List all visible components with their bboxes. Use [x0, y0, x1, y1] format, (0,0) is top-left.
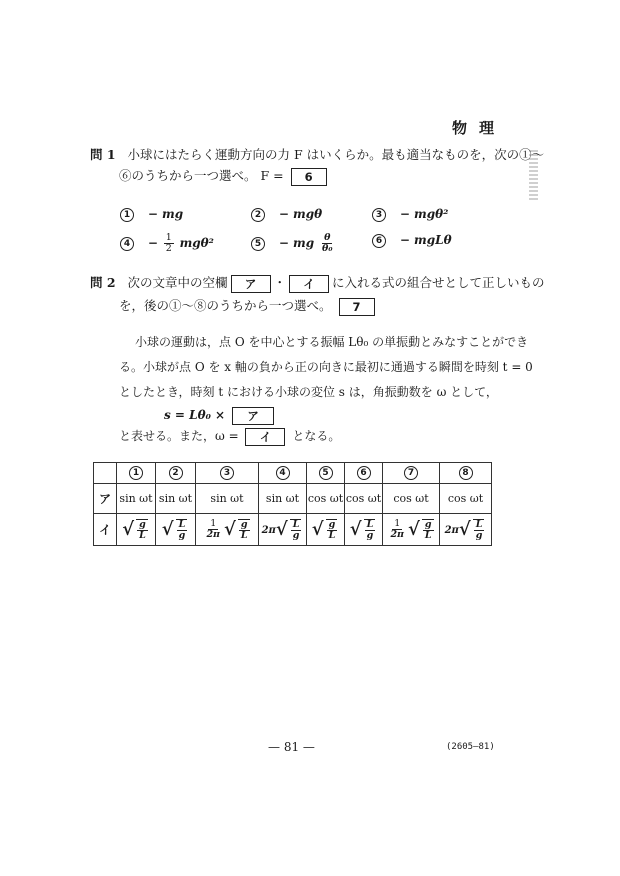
circled-number-icon: 8 [459, 466, 473, 480]
circled-number-icon: 3 [372, 208, 386, 222]
table-header-row: 1 2 3 4 5 6 7 8 [94, 463, 492, 484]
q1-line2: ⑥のうちから一つ選べ。 F = 6 [119, 164, 330, 187]
page-number: — 81 — [268, 740, 315, 754]
q2-answer-box: 7 [339, 298, 375, 316]
q1-line1: 問 1 小球にはたらく運動方向の力 F はいくらか。最も適当なものを，次の①～ [90, 143, 544, 166]
passage-line1: 小球の運動は，点 O を中心とする振幅 Lθ₀ の単振動とみなすことができ [135, 330, 528, 354]
exam-code: (2605—81) [446, 742, 495, 752]
equation-blank-a: ア [232, 407, 274, 425]
q1-text-line1: 小球にはたらく運動方向の力 F はいくらか。最も適当なものを，次の①～ [127, 147, 544, 162]
circled-number-icon: 7 [404, 466, 418, 480]
circled-number-icon: 1 [120, 208, 134, 222]
circled-number-icon: 4 [120, 237, 134, 251]
passage-line3: としたとき，時刻 t における小球の変位 s は，角振動数を ω として， [119, 380, 498, 404]
row-label-i: イ [94, 514, 117, 546]
answer-choice-table: 1 2 3 4 5 6 7 8 ア sin ωt sin ωt sin ωt s… [93, 462, 492, 546]
subject-title: 物理 [452, 117, 506, 138]
q1-option-2: 2 − mgθ [251, 207, 322, 222]
circled-number-icon: 2 [251, 208, 265, 222]
circled-number-icon: 1 [129, 466, 143, 480]
circled-number-icon: 6 [372, 234, 386, 248]
circled-number-icon: 5 [251, 237, 265, 251]
q1-label: 問 1 [90, 147, 116, 162]
q1-answer-box: 6 [291, 168, 327, 186]
fraction: 1 2 [164, 233, 174, 254]
fraction: θ θ₀ [320, 233, 335, 254]
blank-a-box: ア [231, 275, 271, 293]
q2-line2: を，後の①～⑧のうちから一つ選べ。 7 [119, 294, 378, 317]
circled-number-icon: 2 [169, 466, 183, 480]
circled-number-icon: 6 [357, 466, 371, 480]
circled-number-icon: 5 [319, 466, 333, 480]
passage-line2: る。小球が点 O を x 軸の負から正の向きに最初に通過する瞬間を時刻 t = … [119, 355, 533, 379]
q1-option-6: 6 − mgLθ [372, 233, 452, 248]
passage-line5: と表せる。また，ω = イ となる。 [119, 424, 340, 448]
q1-option-3: 3 − mgθ² [372, 207, 448, 222]
q1-option-4: 4 − 1 2 mgθ² [120, 233, 214, 254]
circled-number-icon: 4 [276, 466, 290, 480]
q1-option-5: 5 − mg θ θ₀ [251, 233, 336, 254]
table-row-a: ア sin ωt sin ωt sin ωt sin ωt cos ωt cos… [94, 484, 492, 514]
q1-text-line2: ⑥のうちから一つ選べ。 F = [119, 168, 284, 183]
table-row-i: イ √gL √Lg 12π√gL 2π√Lg √gL √Lg 12π√gL 2π… [94, 514, 492, 546]
blank-i-box: イ [289, 275, 329, 293]
q1-option-1: 1 − mg [120, 207, 183, 222]
row-label-a: ア [94, 484, 117, 514]
q2-line1: 問 2 次の文章中の空欄ア・イに入れる式の組合せとして正しいもの [90, 271, 545, 294]
circled-number-icon: 3 [220, 466, 234, 480]
omega-blank-i: イ [245, 428, 285, 446]
q2-label: 問 2 [90, 275, 116, 290]
